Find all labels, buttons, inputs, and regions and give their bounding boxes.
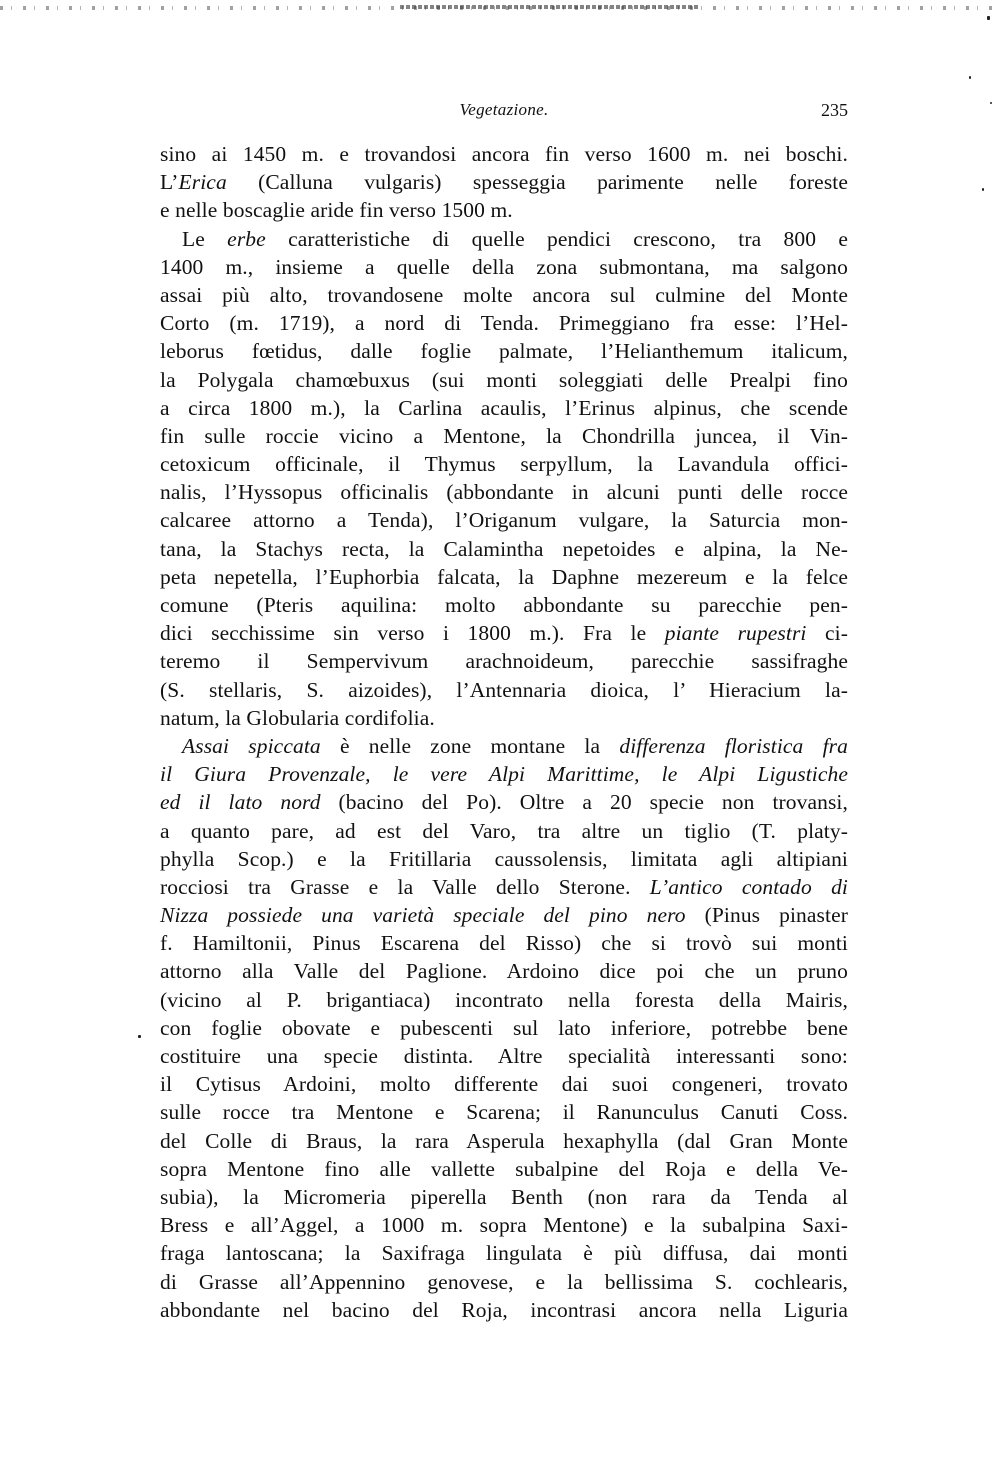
italic-text: piante rupestri (665, 621, 807, 645)
text-segment: comune (Pteris aquilina: molto abbondant… (160, 593, 848, 617)
text-line: assai più alto, trovandosene molte ancor… (160, 281, 848, 309)
text-line: nalis, l’Hyssopus officinalis (abbondant… (160, 478, 848, 506)
text-segment: abbondante nel bacino del Roja, incontra… (160, 1298, 848, 1322)
text-line: cetoxicum officinale, il Thymus serpyllu… (160, 450, 848, 478)
text-segment: rocciosi tra Grasse e la Valle dello Ste… (160, 875, 650, 899)
text-segment: nalis, l’Hyssopus officinalis (abbondant… (160, 480, 848, 504)
page-number: 235 (821, 100, 848, 121)
text-line: a quanto pare, ad est del Varo, tra altr… (160, 817, 848, 845)
text-line: Le erbe caratteristiche di quelle pendic… (160, 225, 848, 253)
text-segment: è nelle zone montane la (321, 734, 620, 758)
text-line: fraga lantoscana; la Saxifraga lingulata… (160, 1239, 848, 1267)
text-segment: natum, la Globularia cordifolia. (160, 706, 435, 730)
text-line: di Grasse all’Appennino genovese, e la b… (160, 1268, 848, 1296)
text-line: (vicino al P. brigantiaca) incontrato ne… (160, 986, 848, 1014)
text-segment: costituire una specie distinta. Altre sp… (160, 1044, 848, 1068)
text-line: peta nepetella, l’Euphorbia falcata, la … (160, 563, 848, 591)
text-line: leborus fœtidus, dalle foglie palmate, l… (160, 337, 848, 365)
text-line: Bress e all’Aggel, a 1000 m. sopra Mento… (160, 1211, 848, 1239)
text-line: il Giura Provenzale, le vere Alpi Maritt… (160, 760, 848, 788)
italic-text: Erica (179, 170, 227, 194)
text-line: sino ai 1450 m. e trovandosi ancora fin … (160, 140, 848, 168)
text-segment: attorno alla Valle del Paglione. Ardoino… (160, 959, 848, 983)
scan-speck (987, 16, 990, 20)
text-line: subia), la Micromeria piperella Benth (n… (160, 1183, 848, 1211)
italic-text: il Giura Provenzale, le vere Alpi Maritt… (160, 762, 848, 786)
scan-speck (982, 188, 984, 191)
text-line: il Cytisus Ardoini, molto differente dai… (160, 1070, 848, 1098)
scan-speck (990, 102, 992, 104)
text-segment: sino ai 1450 m. e trovandosi ancora fin … (160, 142, 848, 166)
text-segment: sulle rocce tra Mentone e Scarena; il Ra… (160, 1100, 848, 1124)
text-segment: la Polygala chamœbuxus (sui monti solegg… (160, 368, 848, 392)
text-line: calcaree attorno a Tenda), l’Origanum vu… (160, 506, 848, 534)
running-title: Vegetazione. (160, 100, 848, 120)
text-line: comune (Pteris aquilina: molto abbondant… (160, 591, 848, 619)
text-line: fin sulle roccie vicino a Mentone, la Ch… (160, 422, 848, 450)
text-segment: cetoxicum officinale, il Thymus serpyllu… (160, 452, 848, 476)
page-header: Vegetazione. 235 (160, 100, 848, 128)
text-segment: assai più alto, trovandosene molte ancor… (160, 283, 848, 307)
text-line: Corto (m. 1719), a nord di Tenda. Primeg… (160, 309, 848, 337)
body-text: sino ai 1450 m. e trovandosi ancora fin … (160, 140, 848, 1324)
text-line: rocciosi tra Grasse e la Valle dello Ste… (160, 873, 848, 901)
text-segment: (Calluna vulgaris) spesseggia parimente … (227, 170, 848, 194)
text-segment: tana, la Stachys recta, la Calamintha ne… (160, 537, 848, 561)
italic-text: L’antico contado di (650, 875, 848, 899)
text-line: sopra Mentone fino alle vallette subalpi… (160, 1155, 848, 1183)
text-segment: Corto (m. 1719), a nord di Tenda. Primeg… (160, 311, 848, 335)
text-segment: calcaree attorno a Tenda), l’Origanum vu… (160, 508, 848, 532)
text-segment: teremo il Sempervivum arachnoideum, pare… (160, 649, 848, 673)
text-line: Assai spiccata è nelle zone montane la d… (160, 732, 848, 760)
text-segment: del Colle di Braus, la rara Asperula hex… (160, 1129, 848, 1153)
text-line: sulle rocce tra Mentone e Scarena; il Ra… (160, 1098, 848, 1126)
text-line: Nizza possiede una varietà speciale del … (160, 901, 848, 929)
text-segment: fraga lantoscana; la Saxifraga lingulata… (160, 1241, 848, 1265)
text-line: L’Erica (Calluna vulgaris) spesseggia pa… (160, 168, 848, 196)
text-segment: caratteristiche di quelle pendici cresco… (266, 227, 848, 251)
scan-speck (138, 1035, 141, 1038)
text-segment: phylla Scop.) e la Fritillaria caussolen… (160, 847, 848, 871)
text-line: e nelle boscaglie aride fin verso 1500 m… (160, 196, 848, 224)
text-line: la Polygala chamœbuxus (sui monti solegg… (160, 366, 848, 394)
text-line: dici secchissime sin verso i 1800 m.). F… (160, 619, 848, 647)
text-segment: (S. stellaris, S. aizoides), l’Antennari… (160, 678, 848, 702)
text-line: del Colle di Braus, la rara Asperula hex… (160, 1127, 848, 1155)
text-segment: f. Hamiltonii, Pinus Escarena del Risso)… (160, 931, 848, 955)
text-segment: Le (182, 227, 227, 251)
text-line: 1400 m., insieme a quelle della zona sub… (160, 253, 848, 281)
text-line: costituire una specie distinta. Altre sp… (160, 1042, 848, 1070)
text-segment: a circa 1800 m.), la Carlina acaulis, l’… (160, 396, 848, 420)
italic-text: Assai spiccata (182, 734, 321, 758)
italic-text: erbe (227, 227, 266, 251)
italic-text: differenza floristica fra (619, 734, 848, 758)
text-line: teremo il Sempervivum arachnoideum, pare… (160, 647, 848, 675)
text-segment: di Grasse all’Appennino genovese, e la b… (160, 1270, 848, 1294)
text-line: a circa 1800 m.), la Carlina acaulis, l’… (160, 394, 848, 422)
text-segment: e nelle boscaglie aride fin verso 1500 m… (160, 198, 513, 222)
text-segment: sopra Mentone fino alle vallette subalpi… (160, 1157, 848, 1181)
text-line: f. Hamiltonii, Pinus Escarena del Risso)… (160, 929, 848, 957)
text-line: natum, la Globularia cordifolia. (160, 704, 848, 732)
text-segment: (bacino del Po). Oltre a 20 specie non t… (321, 790, 848, 814)
text-line: con foglie obovate e pubescenti sul lato… (160, 1014, 848, 1042)
text-segment: il Cytisus Ardoini, molto differente dai… (160, 1072, 848, 1096)
text-line: ed il lato nord (bacino del Po). Oltre a… (160, 788, 848, 816)
text-segment: leborus fœtidus, dalle foglie palmate, l… (160, 339, 848, 363)
scan-speck (969, 76, 971, 79)
text-segment: a quanto pare, ad est del Varo, tra altr… (160, 819, 848, 843)
italic-text: Nizza possiede una varietà speciale del … (160, 903, 686, 927)
text-segment: subia), la Micromeria piperella Benth (n… (160, 1185, 848, 1209)
text-line: phylla Scop.) e la Fritillaria caussolen… (160, 845, 848, 873)
italic-text: ed il lato nord (160, 790, 321, 814)
text-line: abbondante nel bacino del Roja, incontra… (160, 1296, 848, 1324)
text-segment: (vicino al P. brigantiaca) incontrato ne… (160, 988, 848, 1012)
text-line: (S. stellaris, S. aizoides), l’Antennari… (160, 676, 848, 704)
text-segment: ci- (806, 621, 848, 645)
text-line: attorno alla Valle del Paglione. Ardoino… (160, 957, 848, 985)
text-segment: Bress e all’Aggel, a 1000 m. sopra Mento… (160, 1213, 848, 1237)
text-line: tana, la Stachys recta, la Calamintha ne… (160, 535, 848, 563)
text-segment: (Pinus pinaster (686, 903, 848, 927)
text-segment: 1400 m., insieme a quelle della zona sub… (160, 255, 848, 279)
text-segment: con foglie obovate e pubescenti sul lato… (160, 1016, 848, 1040)
text-segment: peta nepetella, l’Euphorbia falcata, la … (160, 565, 848, 589)
text-segment: L’ (160, 170, 179, 194)
text-segment: dici secchissime sin verso i 1800 m.). F… (160, 621, 665, 645)
text-segment: fin sulle roccie vicino a Mentone, la Ch… (160, 424, 848, 448)
scan-edge-artifacts-dense (400, 5, 700, 9)
